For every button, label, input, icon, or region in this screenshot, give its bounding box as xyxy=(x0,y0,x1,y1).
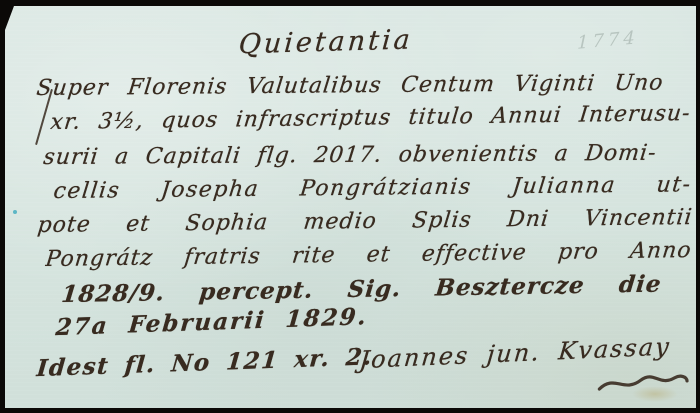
pencil-mark: 1774 xyxy=(577,27,639,53)
document-title: Quietantia xyxy=(175,23,477,62)
docket-line: Idest fl. No 121 xr. 2. xyxy=(36,343,375,382)
photo-backdrop: { "colors": { "background": "#0b0907", "… xyxy=(0,0,700,413)
signature: Joannes jun. Kvassay xyxy=(358,332,672,374)
document-paper: 1774 Quietantia Super Florenis Valutalib… xyxy=(5,6,696,408)
paper-stain xyxy=(632,386,678,402)
ink-speck xyxy=(13,210,17,214)
